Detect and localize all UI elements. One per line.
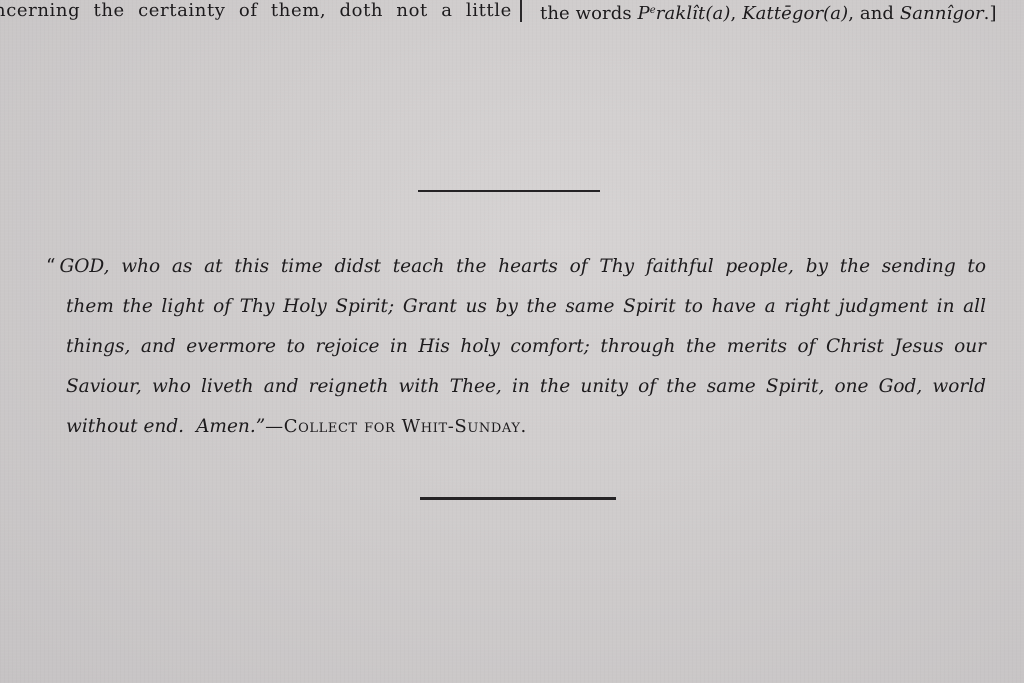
collect-line: them the light of Thy Holy Spirit; Grant… bbox=[46, 287, 986, 327]
open-quote: “ bbox=[46, 256, 55, 277]
term-kattegor: Kattēgor(a) bbox=[742, 3, 848, 24]
collect-line-text: without end. bbox=[66, 416, 184, 437]
collect-line: things, and evermore to rejoice in His h… bbox=[46, 327, 986, 367]
collect-attribution: —Collect for Whit-Sunday. bbox=[265, 416, 527, 437]
collect-line-final: without end.Amen.”—Collect for Whit-Sund… bbox=[46, 407, 986, 447]
section-rule-top bbox=[418, 190, 600, 192]
collect-line: “GOD, who as at this time didst teach th… bbox=[46, 247, 986, 287]
term-peraklit-rest: raklît(a) bbox=[656, 3, 731, 24]
separator: , bbox=[730, 3, 742, 24]
section-rule-bottom bbox=[420, 497, 616, 500]
collect-prayer: “GOD, who as at this time didst teach th… bbox=[46, 247, 986, 447]
term-peraklit-base: P bbox=[638, 3, 650, 24]
term-sannigor: Sannîgor bbox=[900, 3, 984, 24]
right-column-prefix: the words bbox=[540, 3, 638, 24]
closing-bracket: .] bbox=[984, 3, 997, 24]
left-column-text: ncerning the certainty of them, doth not… bbox=[0, 0, 512, 26]
amen: Amen.” bbox=[196, 416, 265, 437]
separator: , and bbox=[848, 3, 900, 24]
term-peraklit: Peraklît(a) bbox=[638, 3, 731, 24]
collect-line: Saviour, who liveth and reigneth with Th… bbox=[46, 367, 986, 407]
collect-line-text: GOD, who as at this time didst teach the… bbox=[59, 256, 986, 277]
right-column-text: the words Peraklît(a), Kattēgor(a), and … bbox=[540, 0, 997, 29]
previous-text-line: ncerning the certainty of them, doth not… bbox=[0, 0, 1024, 26]
column-divider bbox=[520, 0, 522, 22]
